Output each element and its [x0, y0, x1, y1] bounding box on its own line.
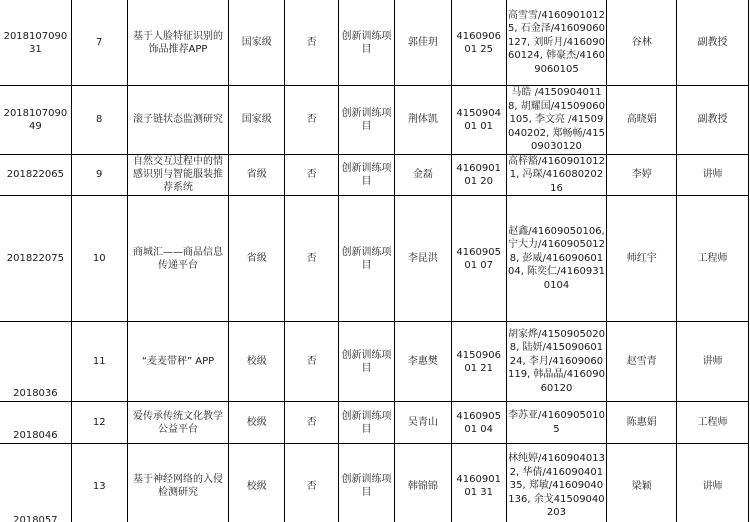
advisor-cell: 赵雪青 [607, 322, 677, 402]
table-row: 201822075 10 商城汇——商品信息传递平台 省级 否 创新训练项目 李… [0, 196, 749, 322]
project-type-cell: 创新训练项目 [339, 154, 395, 196]
leader-cell: 李惠樊 [394, 322, 451, 402]
project-title-cell: “麦麦带秤” APP [127, 322, 229, 402]
advisor-title-cell: 工程师 [677, 402, 749, 444]
members-cell: 高雪雪/41609010125, 石金泽/41609060127, 刘昕月/41… [506, 0, 607, 86]
level-cell: 省级 [229, 196, 285, 322]
key-support-cell: 否 [285, 196, 339, 322]
leader-cell: 李昆洪 [394, 196, 451, 322]
project-type-cell: 创新训练项目 [339, 0, 395, 86]
advisor-cell: 梁颖 [607, 444, 677, 522]
table-row: 2018046 12 爱传承传统文化教学公益平台 校级 否 创新训练项目 吴青山… [0, 402, 749, 444]
advisor-cell: 谷林 [607, 0, 677, 86]
leader-id-cell: 416090601 25 [451, 0, 506, 86]
level-cell: 校级 [229, 444, 285, 522]
level-cell: 校级 [229, 322, 285, 402]
table-row: 201822065 9 自然交互过程中的情感识别与智能服装推荐系统 省级 否 创… [0, 154, 749, 196]
project-title-cell: 基于人脸特征识别的饰品推荐APP [127, 0, 229, 86]
advisor-cell: 高晓娟 [607, 86, 677, 155]
project-id-cell: 201810709031 [0, 0, 71, 86]
project-title-cell: 基于神经网络的入侵检测研究 [127, 444, 229, 522]
project-title-cell: 爱传承传统文化教学公益平台 [127, 402, 229, 444]
seq-cell: 8 [71, 86, 127, 155]
seq-cell: 10 [71, 196, 127, 322]
members-cell: 胡家烨/41509050208, 陆妍/41509060124, 李月/4160… [506, 322, 607, 402]
members-cell: 李苏亚/41609050105 [506, 402, 607, 444]
leader-cell: 金磊 [394, 154, 451, 196]
members-cell: 林纯婷/41609040132, 华倩/41609040135, 郑敏/4160… [506, 444, 607, 522]
leader-id-cell: 416090501 07 [451, 196, 506, 322]
project-id-cell: 2018036 [0, 322, 71, 402]
advisor-title-cell: 副教授 [677, 86, 749, 155]
project-table: 201810709031 7 基于人脸特征识别的饰品推荐APP 国家级 否 创新… [0, 0, 749, 522]
seq-cell: 12 [71, 402, 127, 444]
key-support-cell: 否 [285, 86, 339, 155]
project-type-cell: 创新训练项目 [339, 86, 395, 155]
advisor-cell: 陈惠娟 [607, 402, 677, 444]
leader-id-cell: 416090101 31 [451, 444, 506, 522]
key-support-cell: 否 [285, 322, 339, 402]
members-cell: 马皓 /41509040118, 胡耀国/41509060105, 李文亮 /4… [506, 86, 607, 155]
key-support-cell: 否 [285, 0, 339, 86]
level-cell: 国家级 [229, 86, 285, 155]
table-row: 201810709049 8 滚子链状态监测研究 国家级 否 创新训练项目 荆体… [0, 86, 749, 155]
level-cell: 国家级 [229, 0, 285, 86]
project-id-cell: 2018046 [0, 402, 71, 444]
leader-id-cell: 415090601 21 [451, 322, 506, 402]
table-row: 2018036 11 “麦麦带秤” APP 校级 否 创新训练项目 李惠樊 41… [0, 322, 749, 402]
project-id-cell: 201822075 [0, 196, 71, 322]
project-id-cell: 201822065 [0, 154, 71, 196]
advisor-title-cell: 讲师 [677, 444, 749, 522]
seq-cell: 7 [71, 0, 127, 86]
advisor-title-cell: 副教授 [677, 0, 749, 86]
table-row: 2018057 13 基于神经网络的入侵检测研究 校级 否 创新训练项目 韩锦锦… [0, 444, 749, 522]
project-title-cell: 自然交互过程中的情感识别与智能服装推荐系统 [127, 154, 229, 196]
advisor-cell: 师红宇 [607, 196, 677, 322]
advisor-title-cell: 讲师 [677, 322, 749, 402]
seq-cell: 11 [71, 322, 127, 402]
project-type-cell: 创新训练项目 [339, 402, 395, 444]
advisor-title-cell: 讲师 [677, 154, 749, 196]
leader-id-cell: 416090101 20 [451, 154, 506, 196]
members-cell: 高梓豁/41609010121, 冯琛/41608020216 [506, 154, 607, 196]
project-title-cell: 滚子链状态监测研究 [127, 86, 229, 155]
project-title-cell: 商城汇——商品信息传递平台 [127, 196, 229, 322]
table-row: 201810709031 7 基于人脸特征识别的饰品推荐APP 国家级 否 创新… [0, 0, 749, 86]
advisor-title-cell: 工程师 [677, 196, 749, 322]
level-cell: 省级 [229, 154, 285, 196]
seq-cell: 9 [71, 154, 127, 196]
project-id-cell: 2018057 [0, 444, 71, 522]
key-support-cell: 否 [285, 402, 339, 444]
leader-id-cell: 415090401 01 [451, 86, 506, 155]
project-type-cell: 创新训练项目 [339, 196, 395, 322]
level-cell: 校级 [229, 402, 285, 444]
key-support-cell: 否 [285, 444, 339, 522]
leader-cell: 荆体凯 [394, 86, 451, 155]
members-cell: 赵鑫/41609050106, 宁大力/41609050128, 彭威/4160… [506, 196, 607, 322]
advisor-cell: 李婷 [607, 154, 677, 196]
project-type-cell: 创新训练项目 [339, 444, 395, 522]
project-type-cell: 创新训练项目 [339, 322, 395, 402]
key-support-cell: 否 [285, 154, 339, 196]
leader-id-cell: 416090501 04 [451, 402, 506, 444]
leader-cell: 韩锦锦 [394, 444, 451, 522]
leader-cell: 郭佳玥 [394, 0, 451, 86]
seq-cell: 13 [71, 444, 127, 522]
project-id-cell: 201810709049 [0, 86, 71, 155]
leader-cell: 吴青山 [394, 402, 451, 444]
